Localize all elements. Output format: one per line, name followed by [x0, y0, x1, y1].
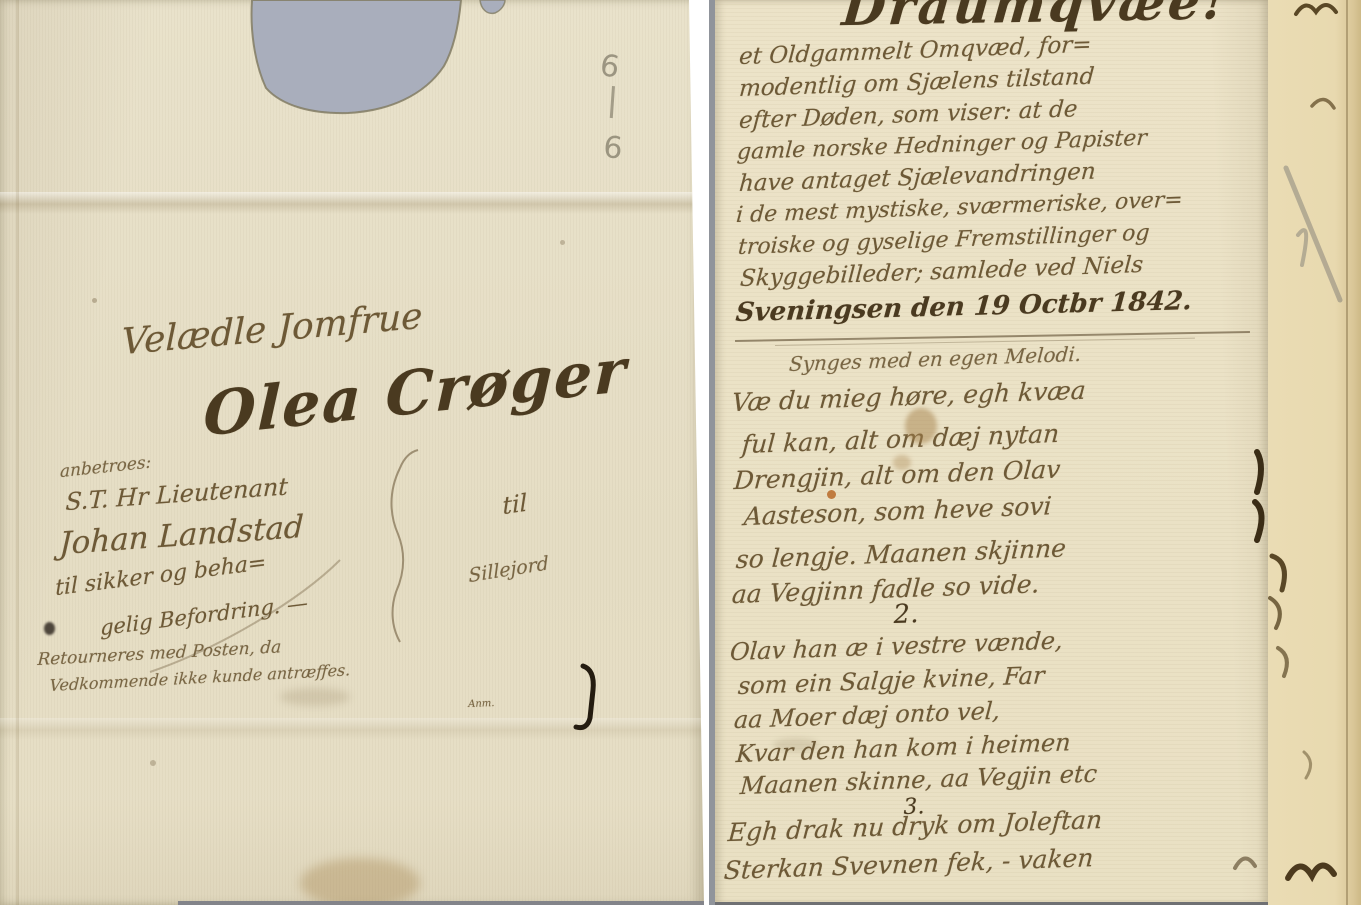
- verse-number-2: 2.: [893, 599, 919, 630]
- intro-line: Skyggebilleder; samlede ved Niels: [739, 252, 1144, 292]
- manuscript-scan: 6 6 Velædle Jomfrue Olea Crøger anbetroe…: [0, 0, 1361, 905]
- left-edge-crease: [16, 0, 19, 905]
- right-page: Draumqvæe! et Oldgammelt Omqvæd, for= mo…: [715, 0, 1268, 905]
- address-name: Olea Crøger: [203, 335, 629, 450]
- destination-prefix: til: [502, 489, 528, 521]
- carrier-line-2: Johan Landstad: [59, 509, 305, 562]
- verse3-line: Sterkan Svevnen fek, - vaken: [723, 843, 1095, 885]
- edge-fold-line: [1346, 0, 1348, 905]
- verse1-line: ful kan, alt om dæj nytan: [741, 419, 1060, 459]
- verse2-line: som ein Salgje kvine, Far: [737, 661, 1045, 700]
- smudge: [773, 738, 819, 752]
- carrier-line-1: S.T. Hr Lieutenant: [65, 472, 288, 516]
- speck: [150, 760, 156, 766]
- address-annotation: anbetroes:: [60, 452, 151, 482]
- ink-spot: [44, 622, 55, 635]
- return-note-small: Anm.: [468, 698, 495, 710]
- verse1-line: so lengje. Maanen skjinne: [735, 533, 1067, 574]
- verse2-line: Olav han æ i vestre vænde,: [729, 626, 1064, 666]
- verse1-line: Væ du mieg høre, egh kvæa: [731, 376, 1087, 417]
- ink-blot: [893, 455, 911, 470]
- pencil-mark-lower: 6: [602, 130, 624, 167]
- horizontal-fold-crease: [0, 192, 704, 214]
- intro-line: et Oldgammelt Omqvæd, for=: [738, 32, 1092, 70]
- ink-flourishes: [0, 0, 704, 905]
- pencil-stroke: [610, 86, 615, 118]
- intro-line: efter Døden, som viser: at de: [738, 96, 1078, 134]
- destination: Sillejord: [468, 552, 549, 587]
- orange-spot: [827, 490, 836, 499]
- ballad-title: Draumqvæe!: [840, 0, 1231, 37]
- ink-blot: [905, 408, 937, 444]
- address-honorific: Velædle Jomfrue: [121, 296, 422, 364]
- pencil-mark-upper: 6: [598, 48, 622, 86]
- verse1-line: Aasteson, som heve sovi: [743, 491, 1053, 531]
- carrier-line-4: gelig Befordring. —: [100, 590, 308, 640]
- verse1-line: aa Vegjinn fadle so vide.: [731, 569, 1041, 609]
- scan-bottom-edge: [178, 901, 704, 905]
- intro-line: modentlig om Sjælens tilstand: [738, 64, 1095, 102]
- bottom-stain: [300, 858, 420, 905]
- intro-date-line: Sveningsen den 19 Octbr 1842.: [735, 286, 1193, 328]
- verse3-line: Egh drak nu dryk om Joleftan: [727, 805, 1103, 847]
- melody-note: Synges med en egen Melodi.: [788, 342, 1082, 376]
- lower-fold-crease: [0, 718, 704, 740]
- smudge: [280, 688, 350, 706]
- left-page: 6 6 Velædle Jomfrue Olea Crøger anbetroe…: [0, 0, 704, 905]
- verse2-line: aa Moer dæj onto vel,: [733, 697, 1001, 734]
- speck: [92, 298, 97, 303]
- next-page-edge: [1268, 0, 1361, 905]
- speck: [560, 240, 565, 245]
